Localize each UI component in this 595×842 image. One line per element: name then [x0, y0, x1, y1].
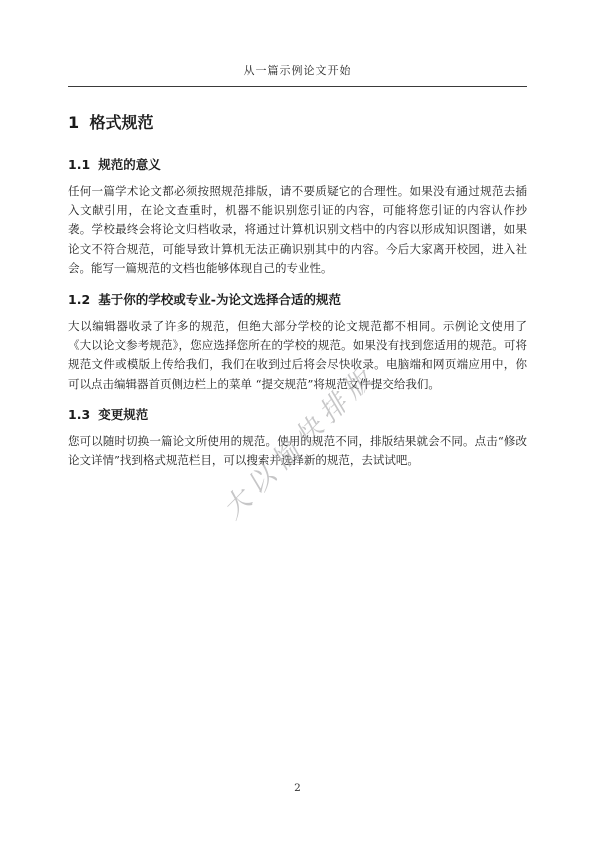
page-content: 从一篇示例论文开始 1格式规范 1.1规范的意义 任何一篇学术论文都必须按照规范… [0, 0, 595, 470]
heading-chapter-title: 格式规范 [90, 113, 154, 132]
page-number: 2 [0, 782, 595, 794]
heading-section-1-3-title: 变更规范 [98, 407, 148, 422]
heading-section-1-1: 1.1规范的意义 [68, 157, 527, 173]
paragraph-section-1-1: 任何一篇学术论文都必须按照规范排版，请不要质疑它的合理性。如果没有通过规范去插入… [68, 182, 527, 278]
document-page: 大以愉快排版 从一篇示例论文开始 1格式规范 1.1规范的意义 任何一篇学术论文… [0, 0, 595, 842]
heading-chapter-number: 1 [68, 113, 79, 132]
paragraph-section-1-3: 您可以随时切换一篇论文所使用的规范。使用的规范不同，排版结果就会不同。点击“修改… [68, 432, 527, 470]
paragraph-section-1-2: 大以编辑器收录了许多的规范，但绝大部分学校的论文规范都不相同。示例论文使用了《大… [68, 317, 527, 394]
heading-section-1-2-title: 基于你的学校或专业-为论文选择合适的规范 [98, 292, 341, 307]
heading-section-1-1-number: 1.1 [68, 157, 90, 172]
heading-section-1-2-number: 1.2 [68, 292, 90, 307]
heading-section-1-2: 1.2基于你的学校或专业-为论文选择合适的规范 [68, 292, 527, 308]
heading-section-1-3: 1.3变更规范 [68, 407, 527, 423]
heading-chapter: 1格式规范 [68, 113, 527, 133]
running-header: 从一篇示例论文开始 [68, 64, 527, 87]
heading-section-1-3-number: 1.3 [68, 407, 90, 422]
heading-section-1-1-title: 规范的意义 [98, 157, 161, 172]
